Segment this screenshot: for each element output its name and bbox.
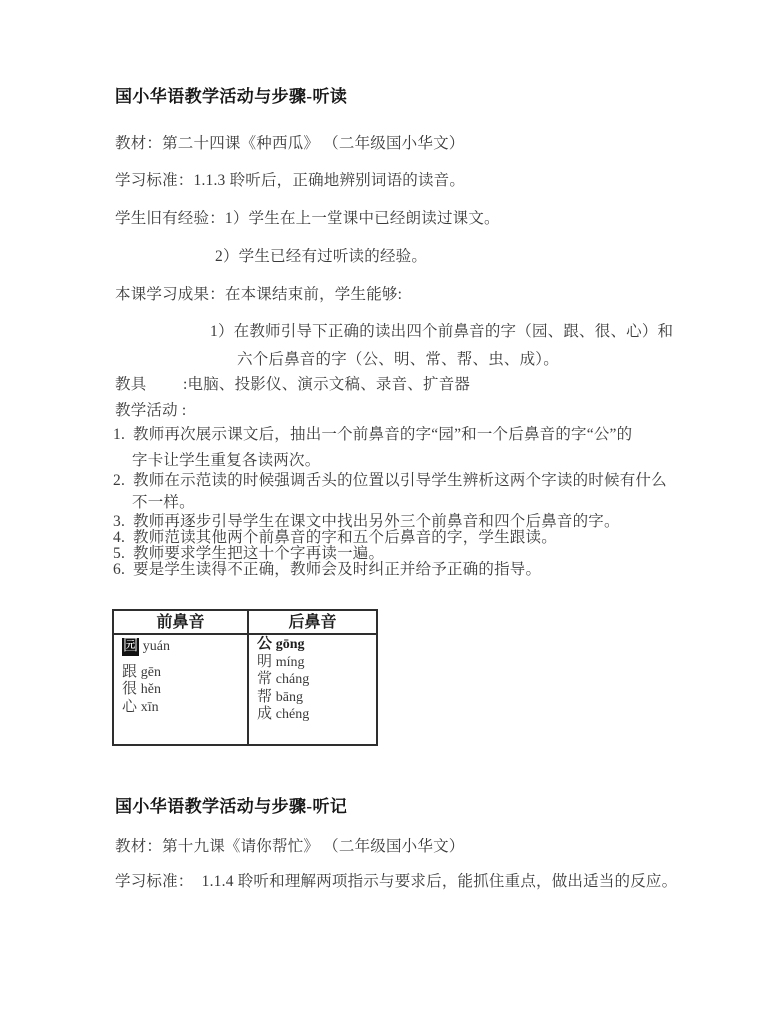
activity-2-number: 2.: [113, 471, 133, 491]
section1-outcome-intro-line: 本课学习成果：在本课结束前，学生能够:: [115, 285, 402, 305]
section1-outcome-item-line-2: 六个后鼻音的字（公、明、常、帮、虫、成）。: [237, 350, 559, 370]
back-nasal-cell: 公 gōng 明 míng 常 cháng 帮 bāng 成 chéng: [257, 636, 309, 724]
section2-material-line: 教材：第十九课《请你帮忙》 （二年级国小华文）: [115, 837, 464, 857]
activity-1-line-1: 1.教师再次展示课文后，抽出一个前鼻音的字“园”和一个后鼻音的字“公”的: [113, 425, 632, 445]
activity-6-line-1: 6.要是学生读得不正确，教师会及时纠正并给予正确的指导。: [113, 560, 541, 580]
hanzi-gen: 跟: [122, 664, 137, 680]
activity-2-line-2: 不一样。: [132, 493, 195, 513]
section1-prior-experience-line-2: 2）学生已经有过听读的经验。: [215, 247, 427, 267]
hanzi-gong: 公: [257, 636, 272, 652]
section2-standard-line: 学习标准： 1.1.4 聆听和理解两项指示与要求后，能抓住重点，做出适当的反应。: [115, 872, 677, 892]
back-nasal-header: 后鼻音: [249, 612, 376, 634]
hanzi-bang: 帮: [257, 689, 272, 705]
activity-2-line-1: 2.教师在示范读的时候强调舌头的位置以引导学生辨析这两个字读的时候有什么: [113, 471, 667, 491]
pinyin-ming: míng: [276, 655, 305, 670]
activity-1-line-2: 字卡让学生重复各读两次。: [132, 451, 320, 471]
tools-value: :电脑、投影仪、演示文稿、录音、扩音器: [183, 375, 470, 395]
front-nasal-entry-2: 跟 gēn: [122, 664, 170, 682]
back-nasal-entry-1: 公 gōng: [257, 636, 309, 654]
front-nasal-gap: [122, 656, 170, 664]
section2-title: 国小华语教学活动与步骤-听记: [115, 797, 347, 817]
activity-6-number: 6.: [113, 560, 133, 580]
pinyin-gong: gōng: [276, 637, 305, 652]
pinyin-hen: hěn: [141, 682, 161, 697]
activity-1-text: 教师再次展示课文后，抽出一个前鼻音的字“园”和一个后鼻音的字“公”的: [133, 426, 632, 443]
front-nasal-entry-3: 很 hěn: [122, 681, 170, 699]
hanzi-cheng: 成: [257, 706, 272, 722]
pinyin-bang: bāng: [276, 690, 303, 705]
pinyin-chang: cháng: [276, 672, 309, 687]
back-nasal-entry-2: 明 míng: [257, 654, 309, 672]
hanzi-chang: 常: [257, 671, 272, 687]
section1-title: 国小华语教学活动与步骤-听读: [115, 87, 347, 107]
activity-6-text: 要是学生读得不正确，教师会及时纠正并给予正确的指导。: [133, 561, 541, 578]
nasal-sounds-table: 前鼻音 后鼻音 园 yuán 跟 gēn 很 hěn 心 xīn 公 gōng …: [112, 609, 378, 746]
front-nasal-header: 前鼻音: [114, 612, 247, 634]
front-nasal-entry-4: 心 xīn: [122, 699, 170, 717]
tools-label: 教具: [115, 375, 146, 395]
activity-2-text: 教师在示范读的时候强调舌头的位置以引导学生辨析这两个字读的时候有什么: [133, 472, 667, 489]
activity-1-number: 1.: [113, 425, 133, 445]
section1-prior-experience-line-1: 学生旧有经验：1）学生在上一堂课中已经朗读过课文。: [115, 209, 500, 229]
back-nasal-entry-5: 成 chéng: [257, 706, 309, 724]
section1-standard-line: 学习标准：1.1.3 聆听后，正确地辨别词语的读音。: [115, 171, 465, 191]
hanzi-hen: 很: [122, 681, 137, 697]
section1-material-line: 教材：第二十四课《种西瓜》 （二年级国小华文）: [115, 134, 464, 154]
hanzi-xin: 心: [122, 699, 137, 715]
activities-label: 教学活动 :: [115, 401, 186, 421]
pinyin-gen: gēn: [141, 665, 161, 680]
pinyin-yuan: yuán: [143, 639, 170, 654]
pinyin-xin: xīn: [141, 700, 159, 715]
document-page: 国小华语教学活动与步骤-听读 教材：第二十四课《种西瓜》 （二年级国小华文） 学…: [0, 0, 768, 1024]
back-nasal-entry-4: 帮 bāng: [257, 689, 309, 707]
front-nasal-cell: 园 yuán 跟 gēn 很 hěn 心 xīn: [122, 638, 170, 716]
hanzi-ming: 明: [257, 654, 272, 670]
section1-outcome-item-line-1: 1）在教师引导下正确的读出四个前鼻音的字（园、跟、很、心）和: [210, 322, 673, 342]
front-nasal-entry-1: 园 yuán: [122, 638, 170, 656]
pinyin-cheng: chéng: [276, 707, 309, 722]
highlighted-char-yuan: 园: [122, 638, 139, 656]
back-nasal-entry-3: 常 cháng: [257, 671, 309, 689]
